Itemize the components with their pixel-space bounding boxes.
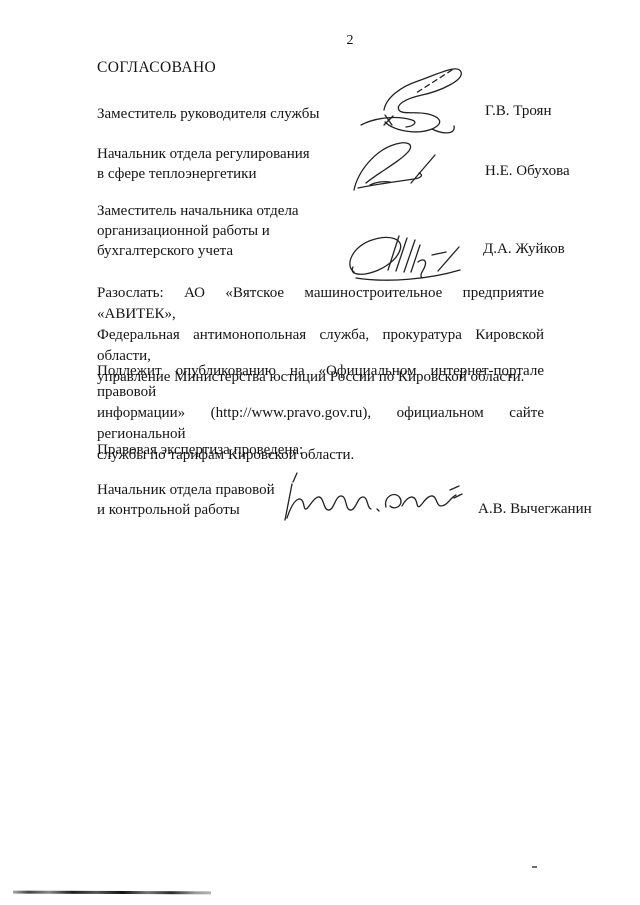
signatory-name: А.В. Вычегжанин <box>478 501 592 518</box>
signatory-name: Д.А. Жуйков <box>483 241 565 258</box>
signatory-title-line: организационной работы и <box>97 221 299 241</box>
signatory-title-line: и контрольной работы <box>97 500 275 520</box>
vychegzhanin-signature-icon <box>280 468 466 530</box>
document-page: 2 СОГЛАСОВАНО Заместитель руководителя с… <box>0 0 640 905</box>
paragraph-line: информации» (http://www.pravo.gov.ru), о… <box>97 403 544 445</box>
signatory-title: Начальник отдела регулирования в сфере т… <box>97 144 310 184</box>
signatory-title: Начальник отдела правовой и контрольной … <box>97 480 275 520</box>
signatory-title: Заместитель руководителя службы <box>97 104 319 124</box>
legal-review-heading: Правовая экспертиза проведена: <box>97 442 303 459</box>
paragraph-line: Разослать: АО «Вятское машиностроительно… <box>97 283 544 325</box>
signatory-name: Г.В. Троян <box>485 103 551 120</box>
paragraph-line: Подлежит опубликованию на «Официальном и… <box>97 361 544 403</box>
zhuykov-signature-icon <box>338 228 470 284</box>
signatory-title-line: Начальник отдела регулирования <box>97 144 310 164</box>
page-number: 2 <box>330 33 370 49</box>
signatory-title-line: в сфере теплоэнергетики <box>97 164 310 184</box>
signatory-title-line: Заместитель руководителя службы <box>97 104 319 124</box>
signatory-name: Н.Е. Обухова <box>485 163 570 180</box>
signatory-title-line: Заместитель начальника отдела <box>97 201 299 221</box>
signatory-title: Заместитель начальника отдела организаци… <box>97 201 299 261</box>
scan-artifact-line <box>13 891 211 895</box>
signatory-title-line: Начальник отдела правовой <box>97 480 275 500</box>
troyan-signature-icon <box>352 56 480 142</box>
obukhova-signature-icon <box>348 138 464 200</box>
signatory-title-line: бухгалтерского учета <box>97 241 299 261</box>
scan-artifact-speck <box>532 866 537 868</box>
approved-heading: СОГЛАСОВАНО <box>97 59 216 77</box>
